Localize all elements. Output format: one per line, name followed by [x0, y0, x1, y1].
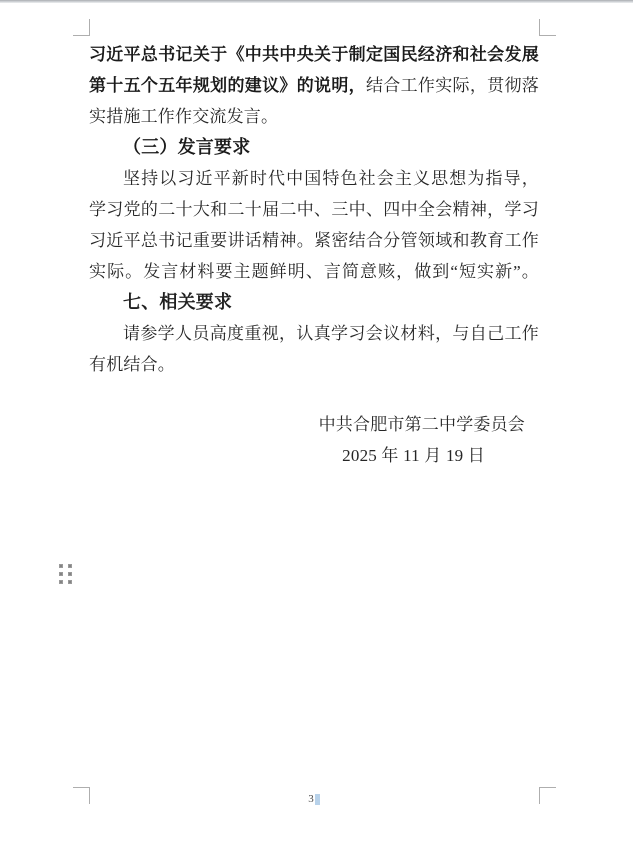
date-line: 2025 年 11 月 19 日	[89, 440, 539, 471]
document-line: （三）发言要求	[89, 132, 539, 163]
text-segment: 请参学人员高度重视，认真学习会议材料，与自己工作	[123, 324, 539, 343]
text-segment: 有机结合。	[89, 355, 175, 374]
page-footer: 3	[89, 792, 539, 806]
text-segment: 实措施工作作交流发言。	[89, 107, 278, 126]
selection-highlight	[315, 794, 320, 805]
text-segment: 习近平总书记重要讲话精神。紧密结合分管领域和教育工作	[89, 231, 539, 250]
document-line: 习近平总书记重要讲话精神。紧密结合分管领域和教育工作	[89, 225, 539, 256]
crop-mark-bottom-right	[539, 787, 556, 804]
text-segment: 七、相关要求	[123, 292, 232, 312]
document-line: 学习党的二十大和二十届二中、三中、四中全会精神，学习	[89, 194, 539, 225]
text-segment: （三）发言要求	[123, 137, 250, 157]
text-segment: 坚持以习近平新时代中国特色社会主义思想为指导，	[123, 169, 539, 188]
document-line: 坚持以习近平新时代中国特色社会主义思想为指导，	[89, 163, 539, 194]
document-line: 请参学人员高度重视，认真学习会议材料，与自己工作	[89, 318, 539, 349]
text-segment: 第十五个五年规划的建议》的说明，	[89, 76, 366, 95]
document-line: 第十五个五年规划的建议》的说明，结合工作实际，贯彻落	[89, 70, 539, 101]
crop-mark-bottom-left	[73, 787, 90, 804]
document-line: 七、相关要求	[89, 287, 539, 318]
text-segment: 学习党的二十大和二十届二中、三中、四中全会精神，学习	[89, 200, 539, 219]
document-line: 有机结合。	[89, 349, 539, 380]
text-segment: 实际。发言材料要主题鲜明、言简意赅，做到“短实新”。	[89, 262, 539, 281]
six-dot-handle-icon[interactable]	[59, 564, 72, 586]
crop-mark-top-left	[73, 19, 90, 36]
document-page: 习近平总书记关于《中共中央关于制定国民经济和社会发展第十五个五年规划的建议》的说…	[0, 0, 633, 846]
page-top-edge	[0, 0, 633, 3]
document-line: 实际。发言材料要主题鲜明、言简意赅，做到“短实新”。	[89, 256, 539, 287]
document-lines: 习近平总书记关于《中共中央关于制定国民经济和社会发展第十五个五年规划的建议》的说…	[89, 39, 539, 380]
signature-line: 中共合肥市第二中学委员会	[89, 409, 539, 440]
crop-mark-top-right	[539, 19, 556, 36]
text-segment: 习近平总书记关于《中共中央关于制定国民经济和社会发展	[89, 45, 539, 64]
page-number[interactable]: 3	[308, 792, 314, 806]
document-line: 习近平总书记关于《中共中央关于制定国民经济和社会发展	[89, 39, 539, 70]
document-body[interactable]: 习近平总书记关于《中共中央关于制定国民经济和社会发展第十五个五年规划的建议》的说…	[89, 39, 539, 471]
document-line: 实措施工作作交流发言。	[89, 101, 539, 132]
text-segment: 结合工作实际，贯彻落	[366, 76, 539, 95]
